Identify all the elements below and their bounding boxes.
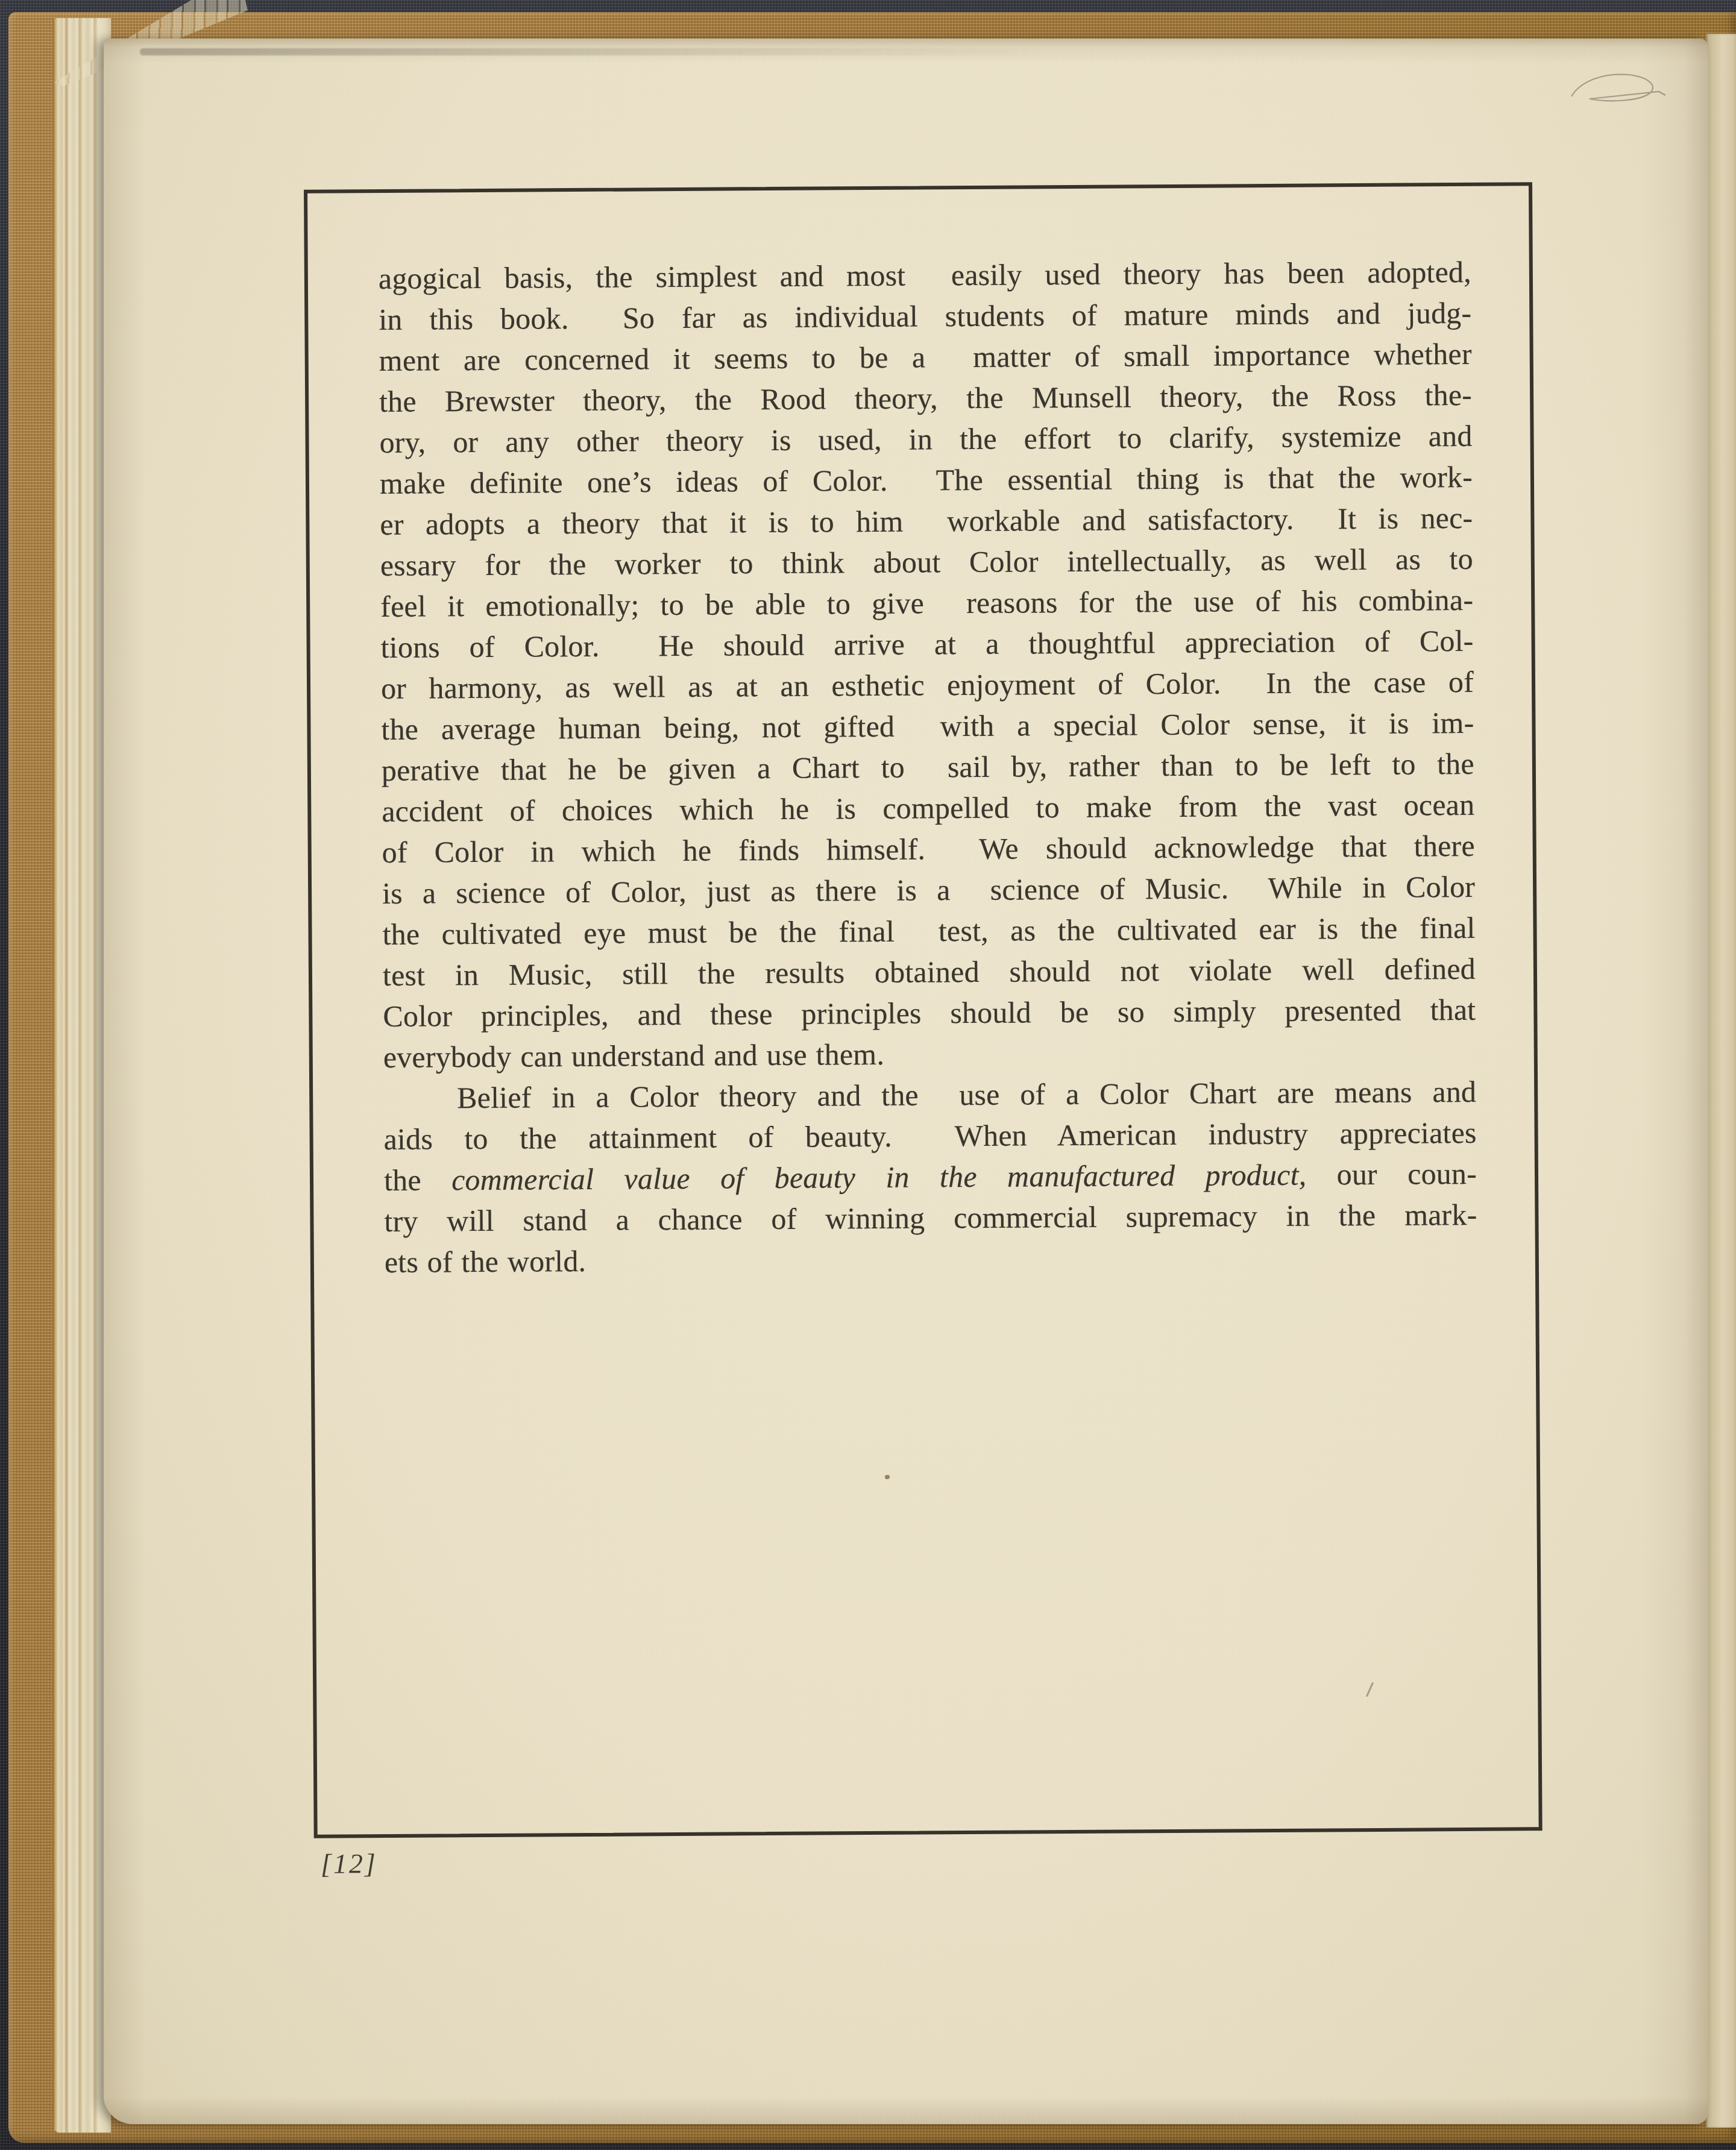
text-line: er adopts a theory that it is to him wor… bbox=[380, 497, 1473, 545]
text-line: in this book. So far as individual stude… bbox=[379, 292, 1471, 340]
text-line: the Brewster theory, the Rood theory, th… bbox=[379, 374, 1472, 422]
text-line: perative that he be given a Chart to sai… bbox=[382, 743, 1474, 791]
text-line: Belief in a Color theory and the use of … bbox=[383, 1071, 1476, 1119]
text-line: test in Music, still the results obtaine… bbox=[383, 948, 1476, 996]
text-line: ory, or any other theory is used, in the… bbox=[379, 415, 1472, 463]
text-line: try will stand a chance of winning comme… bbox=[384, 1194, 1477, 1242]
text-line: accident of choices which he is compelle… bbox=[382, 784, 1474, 832]
text-line: tions of Color. He should arrive at a th… bbox=[380, 620, 1473, 668]
text-border-frame: agogical basis, the simplest and most ea… bbox=[304, 182, 1543, 1838]
text-line: make definite one’s ideas of Color. The … bbox=[380, 456, 1473, 504]
text-line: the average human being, not gifted with… bbox=[381, 702, 1474, 750]
page-text: agogical basis, the simplest and most ea… bbox=[379, 251, 1477, 1283]
text-line: of Color in which he finds himself. We s… bbox=[382, 825, 1475, 873]
text-line: ets of the world. bbox=[385, 1235, 1477, 1283]
hair-fiber-mark bbox=[1547, 43, 1728, 116]
text-line: essary for the worker to think about Col… bbox=[380, 538, 1473, 586]
text-line: aids to the attainment of beauty. When A… bbox=[383, 1112, 1476, 1160]
printed-area: agogical basis, the simplest and most ea… bbox=[98, 34, 1716, 2129]
text-line: is a science of Color, just as there is … bbox=[382, 866, 1475, 914]
text-line: or harmony, as well as at an esthetic en… bbox=[381, 661, 1474, 709]
text-line: everybody can understand and use them. bbox=[383, 1030, 1476, 1078]
text-line: Color principles, and these principles s… bbox=[383, 989, 1476, 1037]
book-page: agogical basis, the simplest and most ea… bbox=[104, 39, 1708, 2124]
text-line: ment are concerned it seems to be a matt… bbox=[379, 333, 1472, 381]
text-line: the commercial value of beauty in the ma… bbox=[384, 1153, 1477, 1201]
text-line: feel it emotionally; to be able to give … bbox=[380, 579, 1473, 627]
text-line: agogical basis, the simplest and most ea… bbox=[379, 251, 1471, 299]
text-line: the cultivated eye must be the final tes… bbox=[382, 907, 1475, 955]
page-number: [12] bbox=[321, 1847, 377, 1880]
